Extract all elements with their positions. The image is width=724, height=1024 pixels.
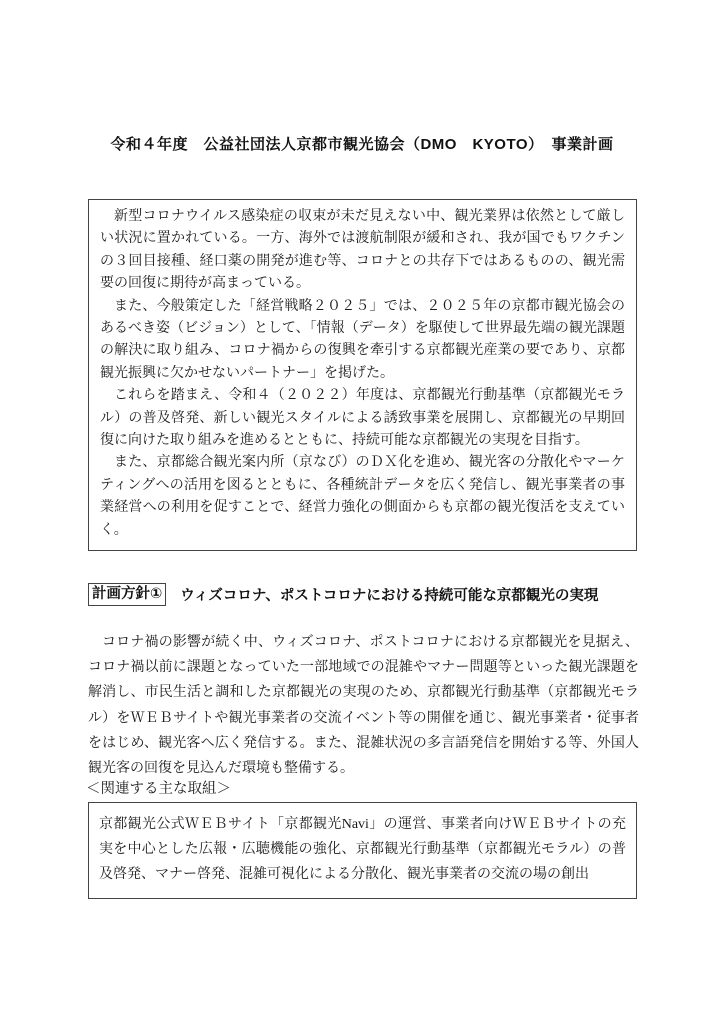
intro-box: 新型コロナウイルス感染症の収束が未だ見えない中、観光業界は依然として厳しい状況に… (88, 199, 637, 551)
related-initiatives-label: ＜関連する主な取組＞ (86, 777, 231, 798)
intro-paragraph: これらを踏まえ、令和４（２０２２）年度は、京都観光行動基準（京都観光モラル）の普… (100, 385, 625, 452)
intro-paragraph: また、今般策定した「経営戦略２０２５」では、２０２５年の京都市観光協会のあるべき… (100, 296, 625, 386)
policy-number-badge: 計画方針① (88, 583, 166, 606)
related-initiatives-text: 京都観光公式ＷＥＢサイト「京都観光Navi」の運営、事業者向けＷＥＢサイトの充実… (99, 812, 626, 888)
page-title: 令和４年度 公益社団法人京都市観光協会（DMO KYOTO） 事業計画 (0, 133, 724, 154)
policy-heading: ウィズコロナ、ポストコロナにおける持続可能な京都観光の実現 (180, 584, 598, 605)
policy-heading-row: 計画方針① ウィズコロナ、ポストコロナにおける持続可能な京都観光の実現 (88, 583, 598, 606)
intro-paragraph: 新型コロナウイルス感染症の収束が未だ見えない中、観光業界は依然として厳しい状況に… (100, 206, 625, 296)
policy-body-paragraph: コロナ禍の影響が続く中、ウィズコロナ、ポストコロナにおける京都観光を見据え、コロ… (88, 630, 639, 781)
document-page: 令和４年度 公益社団法人京都市観光協会（DMO KYOTO） 事業計画 新型コロ… (0, 0, 724, 1024)
related-initiatives-box: 京都観光公式ＷＥＢサイト「京都観光Navi」の運営、事業者向けＷＥＢサイトの充実… (88, 802, 637, 899)
intro-paragraph: また、京都総合観光案内所（京なび）のＤＸ化を進め、観光客の分散化やマーケティング… (100, 452, 625, 542)
